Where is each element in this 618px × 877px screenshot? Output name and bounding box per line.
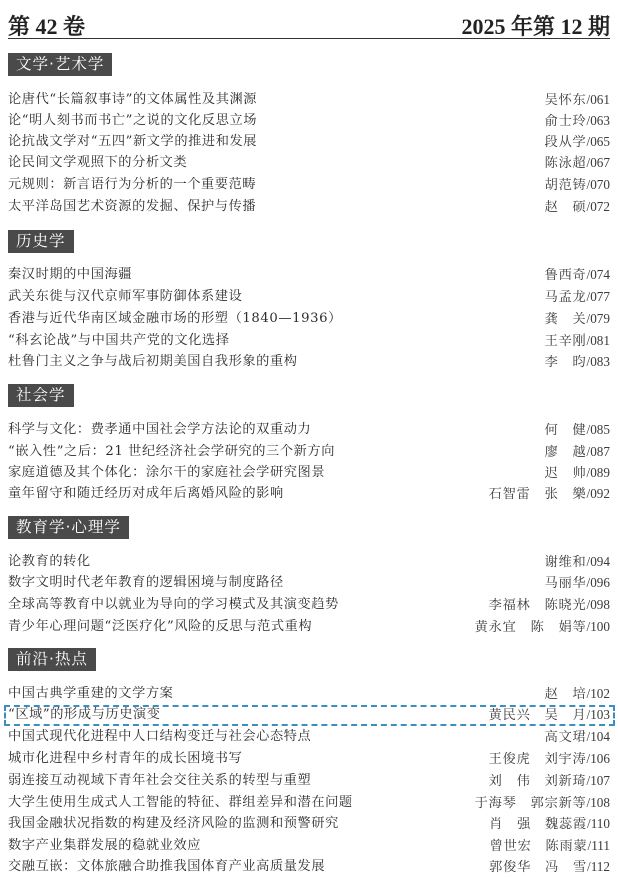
toc-entry[interactable]: 武关东徙与汉代京师军事防御体系建设马孟龙/077 <box>8 286 610 307</box>
toc-entry[interactable]: 童年留守和随迁经历对成年后离婚风险的影响石智雷 张 樂/092 <box>8 483 610 504</box>
article-title: 青少年心理问题“泛医疗化”风险的反思与范式重构 <box>8 616 312 637</box>
article-authors: 胡范铸 <box>545 178 587 193</box>
article-authors: 黄民兴 吴 月 <box>489 708 587 723</box>
article-byline: 迟 帅/089 <box>545 462 610 484</box>
article-title: 论民间文学观照下的分析文类 <box>8 152 187 173</box>
article-page: /112 <box>587 859 610 874</box>
article-byline: 黄民兴 吴 月/103 <box>489 704 610 726</box>
toc-entry-highlighted[interactable]: “区域”的形成与历史演变黄民兴 吴 月/103 <box>8 704 610 725</box>
article-title: 论唐代“长篇叙事诗”的文体属性及其渊源 <box>8 89 257 110</box>
toc-entry[interactable]: 青少年心理问题“泛医疗化”风险的反思与范式重构黄永宜 陈 娟等/100 <box>8 616 610 637</box>
article-authors: 龚 关 <box>545 312 587 327</box>
article-title: 交融互嵌：文体旅融合助推我国体育产业高质量发展 <box>8 856 325 877</box>
article-title: 武关东徙与汉代京师军事防御体系建设 <box>8 286 242 307</box>
article-byline: 高文珺/104 <box>545 726 610 748</box>
article-page: /100 <box>587 619 610 634</box>
article-page: /061 <box>587 92 610 107</box>
article-authors: 鲁西奇 <box>545 268 587 283</box>
article-page: /111 <box>588 838 610 853</box>
article-page: /106 <box>587 751 610 766</box>
article-authors: 赵 培 <box>545 687 587 702</box>
article-page: /108 <box>587 795 610 810</box>
article-byline: 吴怀东/061 <box>545 89 610 111</box>
issue-label: 2025 年第 12 期 <box>461 10 610 41</box>
article-title: 元规则：新言语行为分析的一个重要范畴 <box>8 174 256 195</box>
toc-entry[interactable]: 杜鲁门主义之争与战后初期美国自我形象的重构李 昀/083 <box>8 351 610 372</box>
article-authors: 曾世宏 陈雨蒙 <box>490 839 588 854</box>
article-authors: 高文珺 <box>545 730 587 745</box>
toc-entry[interactable]: 论教育的转化谢维和/094 <box>8 551 610 572</box>
article-title: 科学与文化：费孝通中国社会学方法论的双重动力 <box>8 419 311 440</box>
article-page: /070 <box>587 177 610 192</box>
article-authors: 郭俊华 冯 雪 <box>489 860 587 875</box>
article-title: 香港与近代华南区域金融市场的形塑（1840—1936） <box>8 308 342 329</box>
article-title: 论“明人刻书而书亡”之说的文化反思立场 <box>8 110 257 131</box>
toc-entry[interactable]: 元规则：新言语行为分析的一个重要范畴胡范铸/070 <box>8 174 610 195</box>
article-page: /092 <box>587 486 610 501</box>
article-byline: 曾世宏 陈雨蒙/111 <box>490 835 610 857</box>
article-byline: 谢维和/094 <box>545 551 610 573</box>
article-authors: 陈泳超 <box>545 156 587 171</box>
article-byline: 刘 伟 刘新琦/107 <box>489 770 610 792</box>
article-authors: 肖 强 魏蕊霞 <box>489 817 587 832</box>
article-page: /085 <box>587 422 610 437</box>
article-title: 数字产业集群发展的稳就业效应 <box>8 835 201 856</box>
toc-entry[interactable]: 香港与近代华南区域金融市场的形塑（1840—1936）龚 关/079 <box>8 308 610 329</box>
article-title: 数字文明时代老年教育的逻辑困境与制度路径 <box>8 572 284 593</box>
section-heading: 教育学·心理学 <box>8 516 129 539</box>
article-authors: 廖 越 <box>545 445 587 460</box>
toc-entry[interactable]: 秦汉时期的中国海疆鲁西奇/074 <box>8 264 610 285</box>
article-page: /103 <box>587 707 610 722</box>
article-byline: 黄永宜 陈 娟等/100 <box>475 616 610 638</box>
article-authors: 李福林 陈晓光 <box>489 598 587 613</box>
toc-entry[interactable]: 论抗战文学对“五四”新文学的推进和发展段从学/065 <box>8 131 610 152</box>
article-byline: 王辛刚/081 <box>545 330 610 352</box>
article-authors: 段从学 <box>545 135 587 150</box>
article-title: 我国金融状况指数的构建及经济风险的监测和预警研究 <box>8 813 339 834</box>
article-page: /102 <box>587 686 610 701</box>
article-byline: 肖 强 魏蕊霞/110 <box>489 813 610 835</box>
page-header: 第 42 卷 2025 年第 12 期 <box>8 6 610 39</box>
article-authors: 马孟龙 <box>545 290 587 305</box>
toc-entry[interactable]: 全球高等教育中以就业为导向的学习模式及其演变趋势李福林 陈晓光/098 <box>8 594 610 615</box>
article-byline: 石智雷 张 樂/092 <box>489 483 610 505</box>
toc-entry[interactable]: 交融互嵌：文体旅融合助推我国体育产业高质量发展郭俊华 冯 雪/112 <box>8 856 610 877</box>
article-byline: 何 健/085 <box>545 419 610 441</box>
toc-entry[interactable]: 城市化进程中乡村青年的成长困境书写王俊虎 刘宇涛/106 <box>8 748 610 769</box>
article-authors: 王俊虎 刘宇涛 <box>489 752 587 767</box>
article-title: 论抗战文学对“五四”新文学的推进和发展 <box>8 131 257 152</box>
article-byline: 王俊虎 刘宇涛/106 <box>489 748 610 770</box>
article-page: /098 <box>587 597 610 612</box>
article-byline: 廖 越/087 <box>545 441 610 463</box>
article-byline: 陈泳超/067 <box>545 152 610 174</box>
article-byline: 龚 关/079 <box>545 308 610 330</box>
toc-entry[interactable]: 科学与文化：费孝通中国社会学方法论的双重动力何 健/085 <box>8 419 610 440</box>
section-heading: 历史学 <box>8 230 74 253</box>
article-page: /087 <box>587 444 610 459</box>
article-byline: 李福林 陈晓光/098 <box>489 594 610 616</box>
toc-entry[interactable]: 我国金融状况指数的构建及经济风险的监测和预警研究肖 强 魏蕊霞/110 <box>8 813 610 834</box>
article-byline: 赵 培/102 <box>545 683 610 705</box>
toc-entry[interactable]: 家庭道德及其个体化：涂尔干的家庭社会学研究图景迟 帅/089 <box>8 462 610 483</box>
toc-entry[interactable]: 论民间文学观照下的分析文类陈泳超/067 <box>8 152 610 173</box>
article-title: 论教育的转化 <box>8 551 91 572</box>
article-title: 中国古典学重建的文学方案 <box>8 683 173 704</box>
section-heading: 前沿·热点 <box>8 648 96 671</box>
article-title: “嵌入性”之后：21 世纪经济社会学研究的三个新方向 <box>8 441 335 462</box>
article-byline: 俞士玲/063 <box>545 110 610 132</box>
volume-label: 第 42 卷 <box>8 10 85 41</box>
article-page: /077 <box>587 289 610 304</box>
article-page: /081 <box>587 333 610 348</box>
article-authors: 王辛刚 <box>545 334 587 349</box>
article-page: /072 <box>587 199 610 214</box>
article-page: /065 <box>587 134 610 149</box>
article-page: /104 <box>587 729 610 744</box>
article-page: /083 <box>587 354 610 369</box>
article-byline: 于海琴 郭宗新等/108 <box>475 792 610 814</box>
article-page: /079 <box>587 311 610 326</box>
article-title: “科玄论战”与中国共产党的文化选择 <box>8 330 230 351</box>
article-title: 太平洋岛国艺术资源的发掘、保护与传播 <box>8 196 256 217</box>
article-page: /110 <box>587 816 610 831</box>
article-authors: 俞士玲 <box>545 114 587 129</box>
article-title: 全球高等教育中以就业为导向的学习模式及其演变趋势 <box>8 594 339 615</box>
toc-entry[interactable]: 数字产业集群发展的稳就业效应曾世宏 陈雨蒙/111 <box>8 835 610 856</box>
article-byline: 马丽华/096 <box>545 572 610 594</box>
article-authors: 赵 硕 <box>545 200 587 215</box>
article-title: 城市化进程中乡村青年的成长困境书写 <box>8 748 242 769</box>
article-byline: 马孟龙/077 <box>545 286 610 308</box>
article-title: “区域”的形成与历史演变 <box>8 704 161 725</box>
article-byline: 段从学/065 <box>545 131 610 153</box>
article-authors: 吴怀东 <box>545 93 587 108</box>
article-page: /067 <box>587 155 610 170</box>
article-authors: 马丽华 <box>545 576 587 591</box>
article-authors: 黄永宜 陈 娟等 <box>475 620 587 635</box>
article-authors: 李 昀 <box>545 355 587 370</box>
toc-entry[interactable]: 论唐代“长篇叙事诗”的文体属性及其渊源吴怀东/061 <box>8 89 610 110</box>
toc-entry[interactable]: 数字文明时代老年教育的逻辑困境与制度路径马丽华/096 <box>8 572 610 593</box>
article-byline: 赵 硕/072 <box>545 196 610 218</box>
toc-entry[interactable]: 中国古典学重建的文学方案赵 培/102 <box>8 683 610 704</box>
article-page: /094 <box>587 554 610 569</box>
article-title: 弱连接互动视域下青年社会交往关系的转型与重塑 <box>8 770 311 791</box>
article-byline: 鲁西奇/074 <box>545 264 610 286</box>
article-title: 秦汉时期的中国海疆 <box>8 264 132 285</box>
article-page: /063 <box>587 113 610 128</box>
article-title: 大学生使用生成式人工智能的特征、群组差异和潜在问题 <box>8 792 353 813</box>
toc-entry[interactable]: 弱连接互动视域下青年社会交往关系的转型与重塑刘 伟 刘新琦/107 <box>8 770 610 791</box>
section-heading: 文学·艺术学 <box>8 53 112 76</box>
article-authors: 石智雷 张 樂 <box>489 487 587 502</box>
article-page: /074 <box>587 267 610 282</box>
toc-entry[interactable]: 大学生使用生成式人工智能的特征、群组差异和潜在问题于海琴 郭宗新等/108 <box>8 792 610 813</box>
toc-entry[interactable]: 论“明人刻书而书亡”之说的文化反思立场俞士玲/063 <box>8 110 610 131</box>
article-page: /107 <box>587 773 610 788</box>
article-byline: 胡范铸/070 <box>545 174 610 196</box>
article-authors: 刘 伟 刘新琦 <box>489 774 587 789</box>
toc-entry[interactable]: “科玄论战”与中国共产党的文化选择王辛刚/081 <box>8 330 610 351</box>
article-byline: 李 昀/083 <box>545 351 610 373</box>
article-authors: 迟 帅 <box>545 466 587 481</box>
toc-entry[interactable]: “嵌入性”之后：21 世纪经济社会学研究的三个新方向廖 越/087 <box>8 441 610 462</box>
article-page: /089 <box>587 465 610 480</box>
article-authors: 谢维和 <box>545 555 587 570</box>
article-title: 中国式现代化进程中人口结构变迁与社会心态特点 <box>8 726 311 747</box>
article-title: 家庭道德及其个体化：涂尔干的家庭社会学研究图景 <box>8 462 325 483</box>
toc-entry[interactable]: 中国式现代化进程中人口结构变迁与社会心态特点高文珺/104 <box>8 726 610 747</box>
article-page: /096 <box>587 575 610 590</box>
article-byline: 郭俊华 冯 雪/112 <box>489 856 610 877</box>
article-authors: 何 健 <box>545 423 587 438</box>
article-authors: 于海琴 郭宗新等 <box>475 796 587 811</box>
section-heading: 社会学 <box>8 384 74 407</box>
toc-entry[interactable]: 太平洋岛国艺术资源的发掘、保护与传播赵 硕/072 <box>8 196 610 217</box>
article-title: 童年留守和随迁经历对成年后离婚风险的影响 <box>8 483 284 504</box>
article-title: 杜鲁门主义之争与战后初期美国自我形象的重构 <box>8 351 298 372</box>
